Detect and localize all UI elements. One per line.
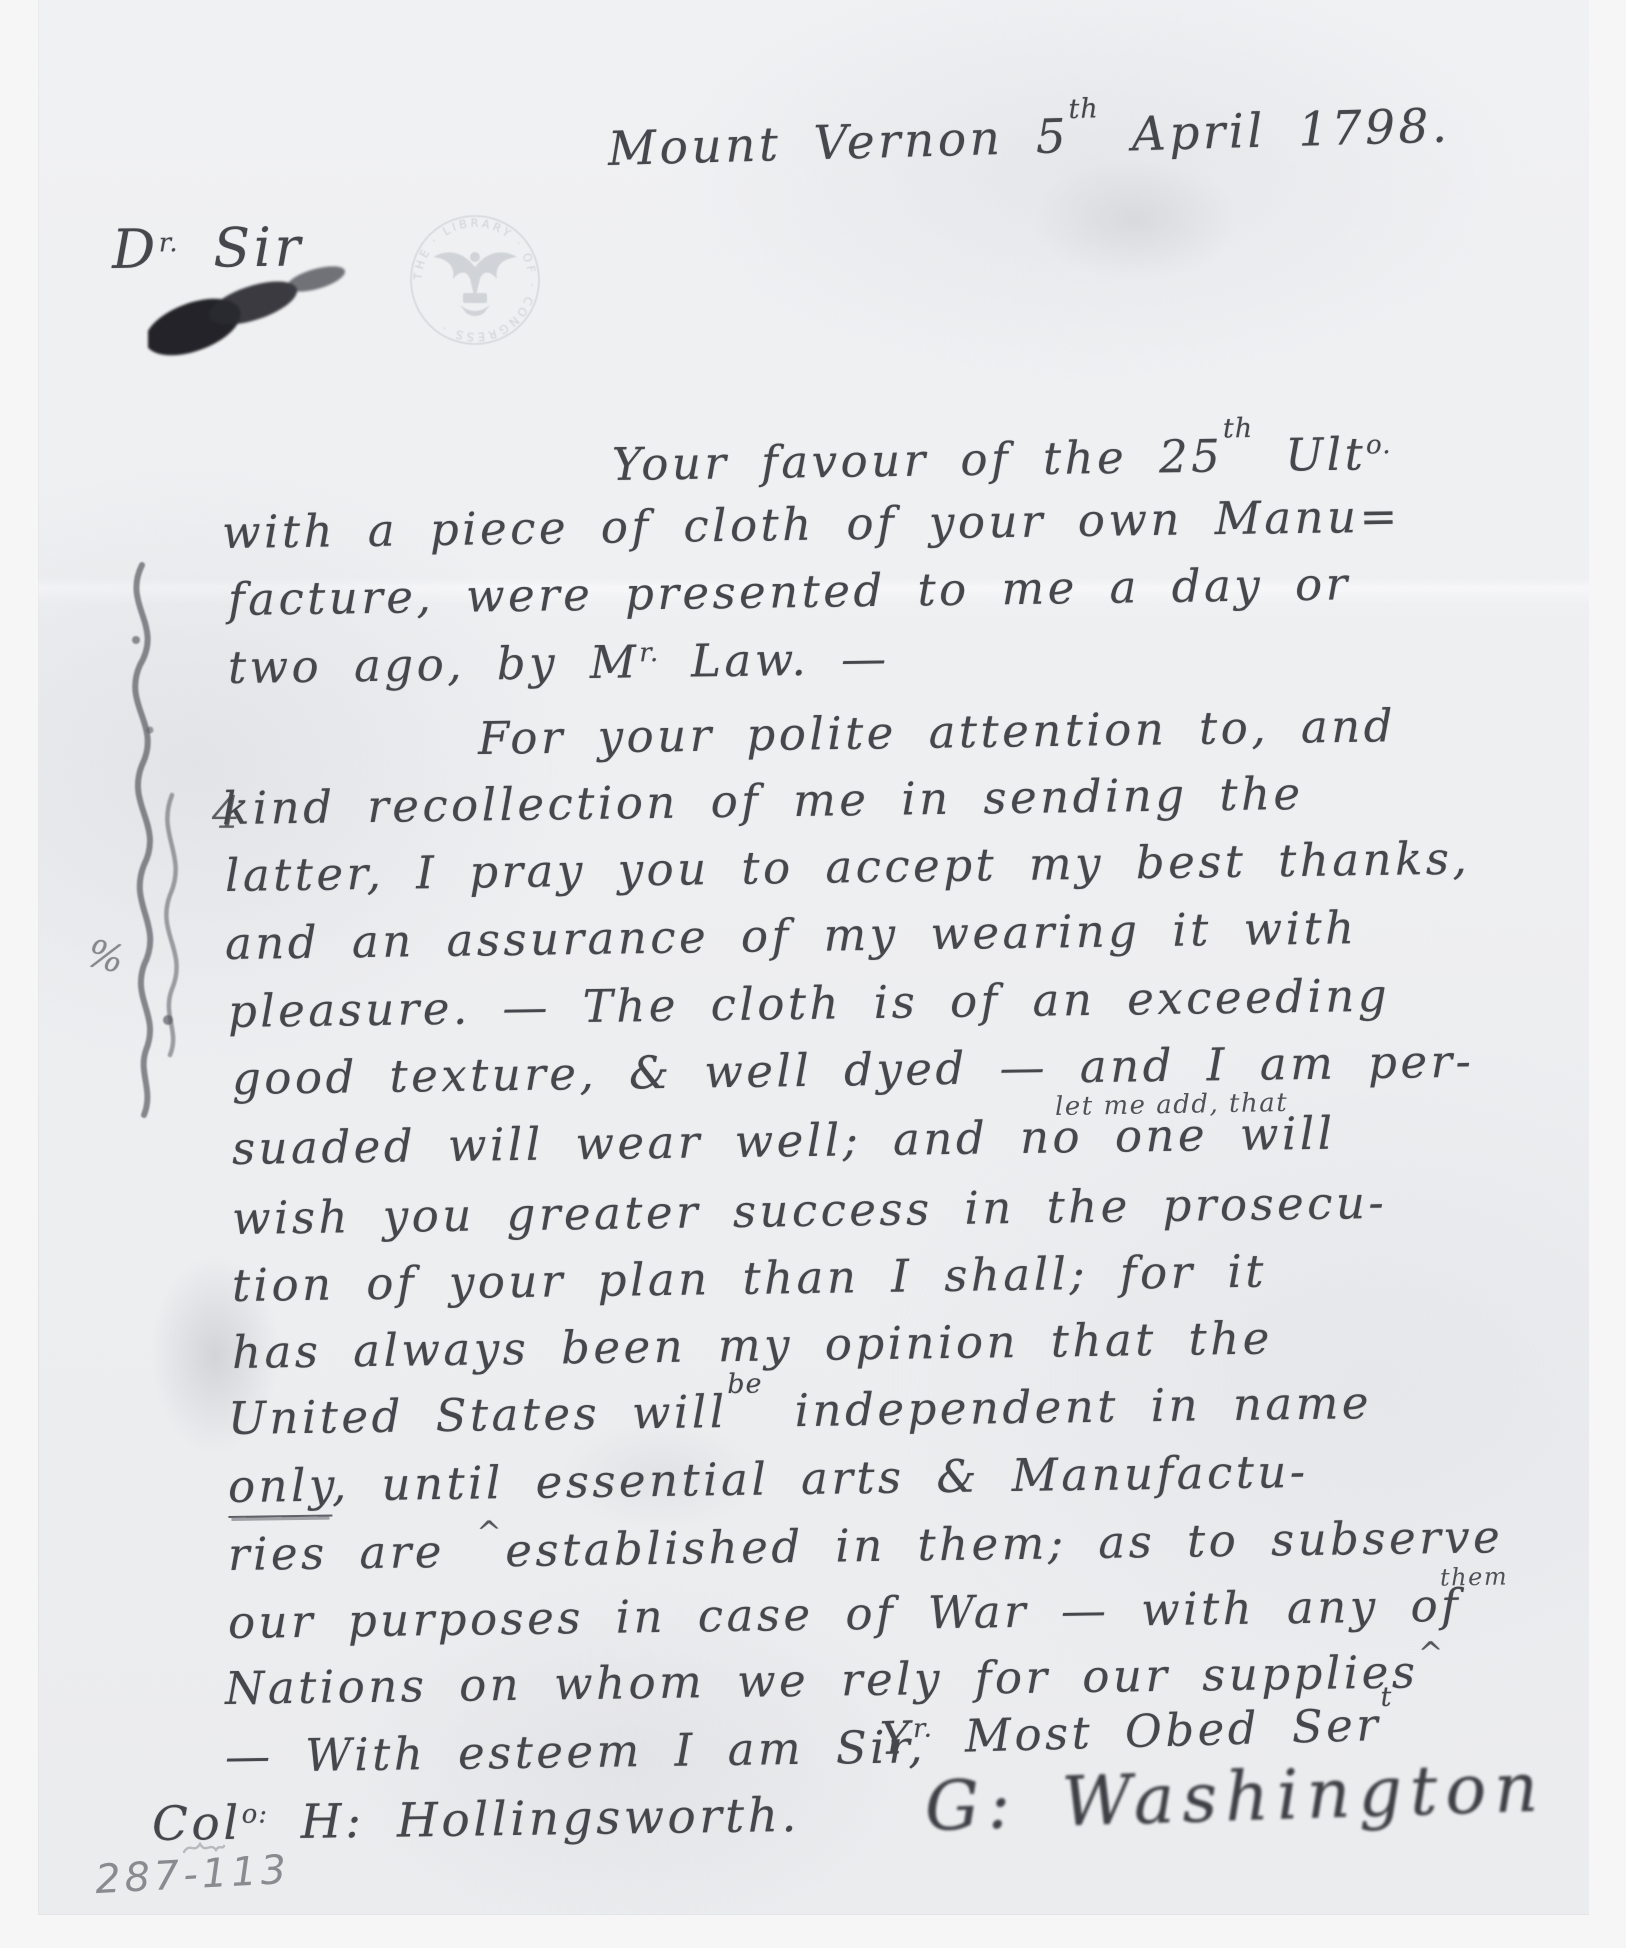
dateline-superscript: th — [1068, 93, 1099, 125]
library-of-congress-stamp: THE · LIBRARY · OF · CONGRESS · — [400, 205, 550, 355]
eagle-icon — [433, 252, 517, 316]
underlined-word: only — [228, 1459, 333, 1518]
insertion-caret: ^ — [1418, 1636, 1447, 1671]
scanned-letter-page: THE · LIBRARY · OF · CONGRESS · 4 % Moun… — [0, 0, 1626, 1948]
salutation: Dr. Sir — [112, 215, 305, 281]
salutation-superscript: r. — [159, 228, 179, 258]
letter-line: two ago, by Mr. Law. — — [228, 632, 890, 694]
closing-left: — With esteem I am Sir, — [225, 1720, 927, 1783]
interlinear-insertion: be — [727, 1369, 763, 1400]
insertion-caret: ^ — [476, 1515, 505, 1550]
interlinear-insertion: them — [1440, 1562, 1509, 1591]
addressee: Colo: H: Hollingsworth. — [152, 1788, 801, 1852]
letter-line: Your favour of the 25th Ulto. — [612, 427, 1392, 491]
